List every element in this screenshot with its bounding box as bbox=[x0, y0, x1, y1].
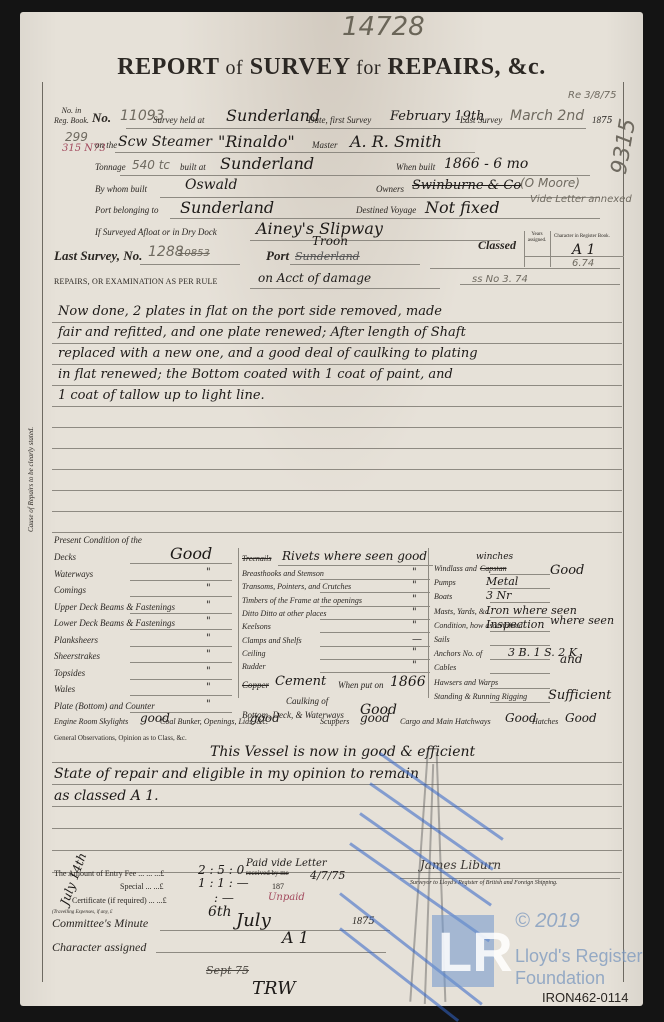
survey-held-value: Sunderland bbox=[226, 106, 320, 125]
vessel-type: Scw Steamer bbox=[118, 134, 212, 150]
when-put-on-label: When put on bbox=[338, 680, 384, 690]
condition-line bbox=[320, 672, 430, 673]
port-label: Port belonging to bbox=[95, 205, 159, 215]
repairs-line: 1 coat of tallow up to light line. bbox=[58, 388, 265, 403]
condition-value: " bbox=[206, 633, 211, 644]
condition-label: Ceiling bbox=[242, 649, 266, 658]
ruled-line bbox=[52, 532, 622, 533]
condition-line bbox=[130, 580, 232, 581]
special-label: Special ... ...£ bbox=[120, 882, 164, 891]
condition-value: " bbox=[206, 699, 211, 710]
archive-number: 14728 bbox=[342, 12, 425, 42]
condition-value: " bbox=[206, 583, 211, 594]
condition-line bbox=[490, 702, 550, 703]
caulking-label: Caulking of bbox=[286, 696, 328, 706]
repairs-line: Now done, 2 plates in flat on the port s… bbox=[58, 304, 442, 319]
condition-line bbox=[130, 613, 232, 614]
winches-note: winches bbox=[476, 552, 513, 562]
afloat-label: If Surveyed Afloat or in Dry Dock bbox=[95, 227, 217, 237]
brace-note-where-seen: where seen bbox=[550, 614, 614, 627]
watermark-copyright: © 2019 bbox=[515, 910, 580, 933]
condition-value: 3 Nr bbox=[486, 589, 511, 602]
condition-label: Clamps and Shelfs bbox=[242, 636, 302, 645]
last-survey-no-label: Last Survey, No. bbox=[54, 248, 142, 264]
repairs-value: on Acct of damage bbox=[258, 271, 371, 285]
observation-line: State of repair and eligible in my opini… bbox=[54, 766, 419, 782]
condition-value: " bbox=[412, 607, 417, 618]
repairs-line: replaced with a new one, and a good deal… bbox=[58, 346, 478, 361]
condition-value: " bbox=[206, 649, 211, 660]
repairs-line: in flat renewed; the Bottom coated with … bbox=[58, 367, 453, 382]
travelling-label: (Travelling Expenses, if any, £ bbox=[52, 910, 113, 915]
condition-line bbox=[490, 673, 550, 674]
condition-value: " bbox=[206, 682, 211, 693]
condition-label: Planksheers bbox=[54, 635, 98, 645]
ruled-line bbox=[52, 343, 622, 344]
condition-label: Cables bbox=[434, 663, 456, 672]
condition-value: " bbox=[206, 616, 211, 627]
ruled-line bbox=[52, 762, 622, 763]
ruled-line bbox=[52, 511, 622, 512]
condition-value: " bbox=[206, 666, 211, 677]
condition-value: " bbox=[412, 580, 417, 591]
received-note: Paid vide Letter bbox=[246, 858, 327, 869]
brace-note-and: and bbox=[560, 652, 583, 666]
year-187: 187 bbox=[272, 882, 284, 891]
condition-line bbox=[130, 662, 232, 663]
entry-fee-value: 2 : 5 : 0 bbox=[198, 863, 244, 877]
condition-value: " bbox=[412, 660, 417, 671]
no-label: No. bbox=[92, 110, 111, 126]
condition-line bbox=[130, 679, 232, 680]
condition-value: " bbox=[412, 620, 417, 631]
condition-label: Breasthooks and Stemson bbox=[242, 569, 324, 578]
brace-note-sufficient: Sufficient bbox=[548, 688, 611, 703]
reg-book-label: No. inReg. Book. bbox=[54, 106, 89, 126]
by-whom-label: By whom built bbox=[95, 184, 147, 194]
condition-line bbox=[130, 629, 232, 630]
title-for: for bbox=[356, 57, 381, 79]
master-value: A. R. Smith bbox=[350, 132, 442, 151]
survey-held-label: Survey held at bbox=[153, 115, 204, 125]
condition-line bbox=[490, 659, 550, 660]
years-assigned-label: Years assigned. bbox=[526, 232, 548, 244]
by-whom-value: Oswald bbox=[185, 177, 237, 193]
condition-label: Rudder bbox=[242, 662, 266, 671]
condition-label: Ditto Ditto at other places bbox=[242, 609, 326, 618]
copper-value: Cement bbox=[275, 674, 326, 689]
last-port-label: Port bbox=[266, 248, 289, 264]
initials: TRW bbox=[252, 978, 296, 999]
condition-line bbox=[490, 688, 550, 689]
when-built-value: 1866 - 6 mo bbox=[444, 156, 528, 172]
ruled-line bbox=[52, 806, 622, 807]
observation-line: as classed A 1. bbox=[54, 788, 159, 804]
repairs-line: fair and refitted, and one plate renewed… bbox=[58, 325, 466, 340]
special-value: 1 : 1 : — bbox=[198, 876, 249, 890]
last-survey-no-struck: 10853 bbox=[178, 248, 210, 259]
condition-label: Wales bbox=[54, 684, 75, 694]
condition-value: Metal bbox=[486, 575, 518, 588]
voyage-label: Destined Voyage bbox=[356, 205, 416, 215]
ruled-line bbox=[52, 427, 622, 428]
rivets-value: Rivets where seen good bbox=[282, 549, 427, 563]
built-at-label: built at bbox=[180, 162, 206, 172]
owners-label: Owners bbox=[376, 184, 404, 194]
condition-label: Boats bbox=[434, 592, 452, 601]
ruled-line bbox=[52, 850, 622, 851]
ruled-line bbox=[52, 490, 622, 491]
ruled-line bbox=[52, 469, 622, 470]
condition-label: Pumps bbox=[434, 578, 456, 587]
condition-label: Waterways bbox=[54, 569, 93, 579]
repairs-side-label: Cause of Repairs to be clearly stated. bbox=[27, 427, 35, 532]
condition-value: " bbox=[412, 647, 417, 658]
condition-label: Standing & Running Rigging bbox=[434, 692, 527, 701]
master-label: Master bbox=[312, 140, 338, 150]
vessel-name: "Rinaldo" bbox=[218, 132, 295, 151]
classed-label: Classed bbox=[478, 238, 516, 253]
ruled-line bbox=[52, 385, 622, 386]
last-survey-label: Last Survey bbox=[460, 115, 502, 125]
lr-logo: LR bbox=[432, 915, 494, 987]
ruled-line bbox=[52, 322, 622, 323]
year-prefix: 1875 bbox=[592, 115, 612, 126]
bottom-condition-label: Cargo and Main Hatchways bbox=[400, 717, 491, 726]
ruled-line bbox=[52, 448, 622, 449]
last-port-value: Troon bbox=[312, 234, 348, 248]
owners-note: Vide Letter annexed bbox=[530, 194, 632, 205]
condition-value: " bbox=[206, 567, 211, 578]
reg-book-value: 299 bbox=[65, 130, 88, 144]
bottom-condition-value: Good bbox=[565, 711, 597, 725]
ruled-line bbox=[52, 784, 622, 785]
condition-label: Sheerstrakes bbox=[54, 651, 100, 661]
watermark-org-2: Foundation bbox=[515, 968, 605, 989]
owners-new: (O Moore) bbox=[520, 176, 580, 190]
survey-report-page: 14728 REPORT of SURVEY for REPAIRS, &c. … bbox=[20, 12, 643, 1006]
certificate-value: : — bbox=[214, 891, 234, 905]
title-repairs: REPAIRS, &c. bbox=[387, 54, 545, 80]
bottom-condition-label: Scuppers bbox=[320, 717, 349, 726]
received-struck: received by me bbox=[246, 869, 289, 877]
copper-struck: Copper bbox=[242, 680, 269, 690]
corner-note: Re 3/8/75 bbox=[568, 90, 616, 101]
received-date: 4/7/75 bbox=[310, 869, 345, 882]
condition-value: Good bbox=[170, 544, 212, 563]
last-survey-value: March 2nd bbox=[510, 108, 584, 124]
condition-label: Windlass andCapstan bbox=[434, 564, 507, 573]
unpaid-note: Unpaid bbox=[268, 892, 305, 903]
condition-value: " bbox=[412, 567, 417, 578]
ruled-line bbox=[52, 828, 622, 829]
condition-value: " bbox=[412, 594, 417, 605]
condition-label: Transoms, Pointers, and Crutches bbox=[242, 582, 351, 591]
condition-value: Inspection bbox=[486, 618, 544, 631]
first-survey-label: Date, first Survey bbox=[308, 115, 371, 125]
voyage-value: Not fixed bbox=[425, 198, 500, 217]
condition-line bbox=[130, 563, 232, 564]
when-built-label: When built bbox=[396, 162, 435, 172]
condition-label: Lower Deck Beams & Fastenings bbox=[54, 618, 175, 628]
tonnage-value: 540 tc bbox=[132, 158, 170, 172]
committee-month: July bbox=[236, 910, 271, 931]
last-port-struck: Sunderland bbox=[295, 250, 360, 263]
ruled-line bbox=[52, 406, 622, 407]
committee-label: Committee's Minute bbox=[52, 916, 148, 931]
bottom-condition-label: Engine Room Skylights bbox=[54, 717, 128, 726]
reference-code: IRON462-0114 bbox=[542, 990, 628, 1005]
watermark-org-1: Lloyd's Register bbox=[515, 946, 643, 967]
committee-day: 6th bbox=[208, 904, 232, 920]
title-survey: SURVEY bbox=[250, 54, 350, 80]
condition-label: Anchors No. of bbox=[434, 649, 482, 658]
condition-value: " bbox=[206, 600, 211, 611]
port-value: Sunderland bbox=[180, 198, 274, 217]
condition-label: Keelsons bbox=[242, 622, 271, 631]
on-the-label: on the bbox=[95, 140, 117, 150]
ruled-line bbox=[52, 364, 622, 365]
bottom-condition-value: good bbox=[250, 711, 280, 725]
when-put-on-value: 1866 bbox=[390, 674, 426, 690]
bottom-condition-label: Hatches bbox=[532, 717, 558, 726]
document-title: REPORT of SURVEY for REPAIRS, &c. bbox=[20, 54, 643, 81]
condition-label: Masts, Yards, &c. bbox=[434, 607, 491, 616]
repairs-label: REPAIRS, OR EXAMINATION AS PER RULE bbox=[54, 277, 218, 286]
condition-label: Topsides bbox=[54, 668, 85, 678]
condition-label: Comings bbox=[54, 585, 86, 595]
character-assigned-value: A 1 bbox=[282, 928, 309, 947]
character-assigned-label: Character assigned bbox=[52, 940, 146, 955]
title-of: of bbox=[226, 57, 244, 79]
condition-heading: Present Condition of the bbox=[54, 535, 142, 545]
condition-label: Timbers of the Frame at the openings bbox=[242, 596, 362, 605]
owners-struck: Swinburne & Co bbox=[412, 178, 521, 193]
certificate-label: Certificate (if required) ... ...£ bbox=[72, 896, 167, 905]
character-label: Character in Register Book. bbox=[554, 234, 610, 239]
condition-line bbox=[130, 695, 232, 696]
condition-line bbox=[130, 596, 232, 597]
condition-line bbox=[130, 646, 232, 647]
initials-date: Sept 75 bbox=[206, 964, 249, 977]
bottom-condition-value: good bbox=[360, 711, 390, 725]
observations-label: General Observations, Opinion as to Clas… bbox=[54, 734, 187, 742]
surveyor-caption: Surveyor to Lloyd's Register of British … bbox=[410, 880, 558, 886]
condition-line bbox=[490, 631, 550, 632]
built-at-value: Sunderland bbox=[220, 154, 314, 173]
title-report: REPORT bbox=[117, 54, 219, 80]
condition-label: Plate (Bottom) and Counter bbox=[54, 701, 155, 711]
condition-value: — bbox=[412, 634, 422, 645]
brace-note-good: Good bbox=[550, 563, 584, 578]
treenails-struck: Treenails bbox=[242, 554, 271, 563]
tonnage-label: Tonnage bbox=[95, 162, 126, 172]
condition-label: Sails bbox=[434, 635, 450, 644]
condition-label: Decks bbox=[54, 552, 76, 562]
condition-label: Upper Deck Beams & Fastenings bbox=[54, 602, 175, 612]
condition-label: Hawsers and Warps bbox=[434, 678, 498, 687]
